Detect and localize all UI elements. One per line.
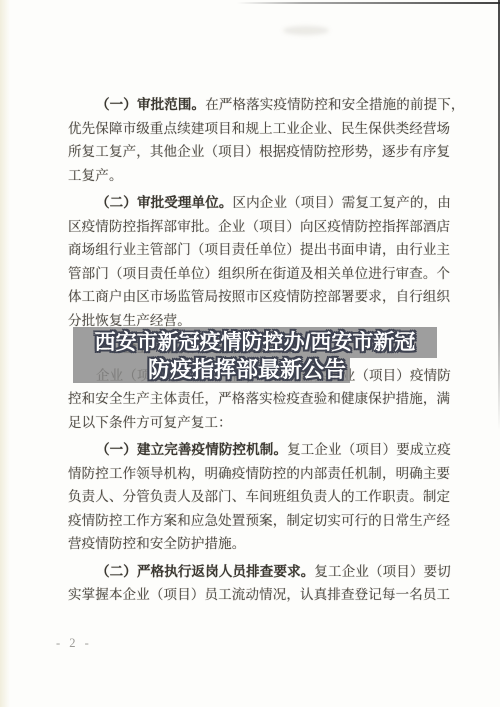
- document-line: 所复工复产，其他企业（项目）根据疫情防控形势，逐步有序复: [68, 140, 448, 164]
- document-text: 区疫情防控指挥部审批。企业（项目）向区疫情防控指挥部酒店: [68, 219, 450, 234]
- document-text: 情防控工作领导机构，明确疫情防控的内部责任机制，明确主要: [68, 466, 450, 481]
- document-text: 体工商户由区市场监管局按照市区疫情防控部署要求，自行组织: [68, 289, 450, 304]
- document-line: 区疫情防控指挥部审批。企业（项目）向区疫情防控指挥部酒店: [68, 215, 448, 239]
- document-line: 实掌握本企业（项目）员工流动情况，认真排查登记每一名员工: [68, 583, 448, 607]
- document-text: 所复工复产，其他企业（项目）根据疫情防控形势，逐步有序复: [68, 144, 450, 159]
- document-line: 优先保障市级重点续建项目和规上工业企业、民生保供类经营场: [68, 117, 448, 141]
- document-line: 情防控工作领导机构，明确疫情防控的内部责任机制，明确主要: [68, 462, 448, 486]
- document-text: 复工企业（项目）要切: [314, 564, 451, 579]
- document-text: 控和安全生产主体责任，严格落实检疫查验和健康保护措施，满: [68, 391, 450, 406]
- document-text: 管部门（项目责任单位）组织所在街道及相关单位进行审查。个: [68, 266, 450, 281]
- scan-left-edge-shadow: [0, 0, 10, 707]
- document-text: 区内企业（项目）需复工复产的，由: [233, 195, 451, 210]
- document-line: （一）审批范围。在严格落实疫情防控和安全措施的前提下，: [68, 93, 448, 117]
- document-text: 复工企业（项目）要成立疫: [287, 442, 451, 457]
- document-text: 足以下条件方可复产复工：: [68, 415, 232, 430]
- document-line: 负责人、分管负责人及部门、车间班组负责人的工作职责。制定: [68, 485, 448, 509]
- document-text: 在严格落实疫情防控和安全措施的前提下，: [205, 97, 464, 112]
- document-line: 体工商户由区市场监管局按照市区疫情防控部署要求，自行组织: [68, 285, 448, 309]
- document-line: （二）严格执行返岗人员排查要求。复工企业（项目）要切: [68, 560, 448, 584]
- document-text-bold: （二）审批受理单位。: [96, 195, 233, 210]
- document-text: 商场组行业主管部门（项目责任单位）提出书面申请，由行业主: [68, 242, 450, 257]
- document-line: （二）审批受理单位。区内企业（项目）需复工复产的，由: [68, 191, 448, 215]
- document-line: 管部门（项目责任单位）组织所在街道及相关单位进行审查。个: [68, 262, 448, 286]
- document-text: 营疫情防控和安全防护措施。: [68, 536, 245, 551]
- document-line: 控和安全生产主体责任，严格落实检疫查验和健康保护措施，满: [68, 387, 448, 411]
- document-line: 商场组行业主管部门（项目责任单位）提出书面申请，由行业主: [68, 238, 448, 262]
- document-text-bold: （一）审批范围。: [96, 97, 205, 112]
- document-text: 工复产。: [68, 168, 123, 183]
- document-text-bold: （二）严格执行返岗人员排查要求。: [96, 564, 314, 579]
- page-number: - 2 -: [56, 636, 92, 651]
- scan-smudge: [283, 26, 329, 35]
- announcement-overlay-line1: 西安市新冠疫情防控办/西安市新冠: [73, 327, 437, 358]
- document-text: 优先保障市级重点续建项目和规上工业企业、民生保供类经营场: [68, 121, 450, 136]
- document-text: 负责人、分管负责人及部门、车间班组负责人的工作职责。制定: [68, 489, 450, 504]
- document-line: 疫情防控工作方案和应急处置预案，制定切实可行的日常生产经: [68, 509, 448, 533]
- document-text-bold: （一）建立完善疫情防控机制。: [96, 442, 287, 457]
- announcement-overlay-line2: 防疫指挥部最新公告: [73, 358, 350, 383]
- document-text: 实掌握本企业（项目）员工流动情况，认真排查登记每一名员工: [68, 587, 450, 602]
- document-line: 营疫情防控和安全防护措施。: [68, 532, 448, 556]
- scan-top-edge-line: [237, 2, 500, 4]
- document-text: 分批恢复生产经营。: [68, 313, 191, 328]
- document-line: 足以下条件方可复产复工：: [68, 411, 448, 435]
- document-line: （一）建立完善疫情防控机制。复工企业（项目）要成立疫: [68, 438, 448, 462]
- document-line: 工复产。: [68, 164, 448, 188]
- document-text: 疫情防控工作方案和应急处置预案，制定切实可行的日常生产经: [68, 513, 450, 528]
